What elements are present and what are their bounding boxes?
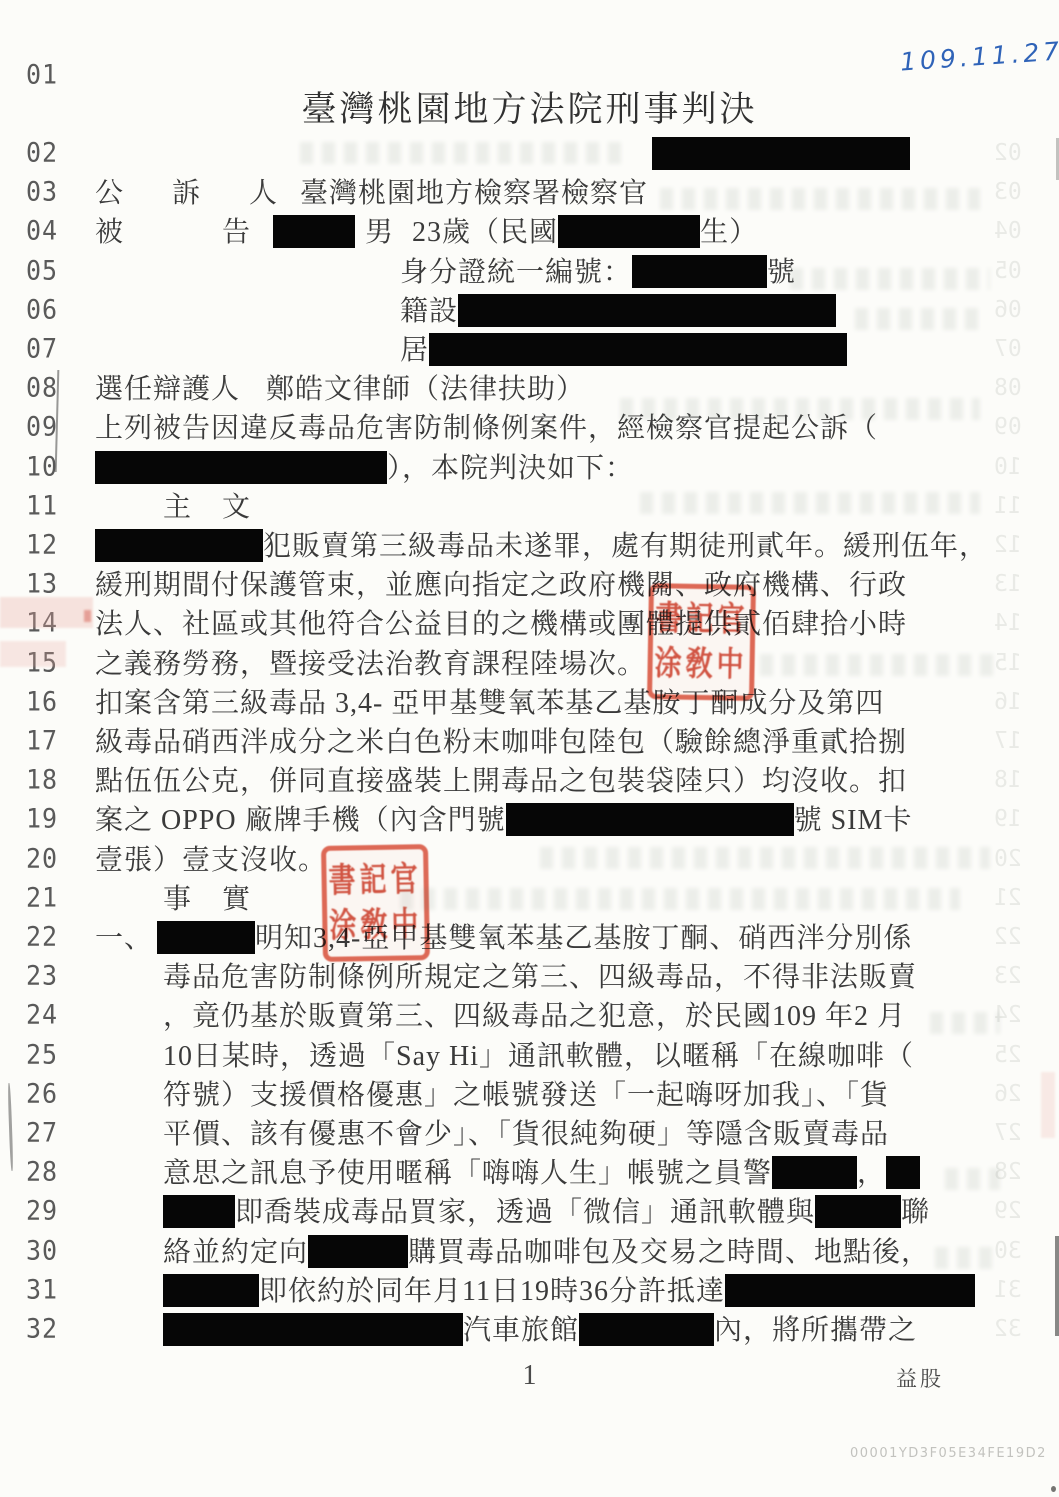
clerk-seal-text: 涂敎中 (654, 646, 748, 681)
bleedthrough-line-number: 05 (994, 258, 1022, 284)
clerk-seal-text: 涂敎中 (329, 907, 423, 942)
line-number: 03 (26, 176, 58, 206)
redaction-box (458, 294, 836, 327)
redaction-box (163, 1313, 463, 1346)
scanned-judgment-page: 109.11.27 臺灣桃園地方法院刑事判決 0102020303公訴人臺灣桃園… (0, 0, 1059, 1497)
body-text: 籍設 (400, 296, 458, 327)
bleedthrough-line-number: 14 (994, 610, 1022, 636)
line-content: 符號）支援價格優惠」之帳號發送「一起嗨呀加我」、「貨 (95, 1077, 889, 1115)
line-content: 主文 (95, 489, 251, 527)
line-number: 24 (26, 1000, 58, 1030)
redaction-box (815, 1195, 901, 1228)
line-number: 20 (26, 843, 58, 873)
line-content: 一、明知3,4-亞甲基雙氧苯基乙基胺丁酮、硝西泮分別係 (95, 920, 912, 958)
line-content: 犯販賣第三級毒品未遂罪，處有期徒刑貳年。緩刑伍年， (95, 528, 988, 566)
document-line: 1212犯販賣第三級毒品未遂罪，處有期徒刑貳年。緩刑伍年， (0, 528, 1059, 568)
line-number: 31 (26, 1274, 58, 1304)
body-text: 絡並約定向 (163, 1237, 308, 1268)
redaction-box (506, 803, 794, 836)
document-line: 01 (0, 58, 1059, 98)
redaction-box (725, 1274, 975, 1307)
body-text: 10日某時，透過「Say Hi」通訊軟體，以暱稱「在線咖啡（ (163, 1041, 914, 1072)
bleedthrough-line-number: 21 (994, 885, 1022, 911)
redaction-box (95, 529, 263, 562)
redaction-box (163, 1274, 259, 1307)
scan-edge-artifact (1055, 1236, 1059, 1336)
document-line: 2929即喬裝成毒品買家，透過「微信」通訊軟體與聯 (0, 1194, 1059, 1234)
line-content: 毒品危害防制條例所規定之第三、四級毒品，不得非法販賣 (95, 959, 917, 997)
bleedthrough-smudge (620, 398, 980, 420)
line-number: 06 (26, 294, 58, 324)
body-text: 居 (400, 335, 429, 366)
bleedthrough-smudge (945, 1168, 1000, 1190)
line-content: ），本院判決如下： (95, 450, 634, 488)
body-text: 文 (222, 492, 251, 523)
bleedthrough-smudge (935, 1247, 1000, 1269)
body-text: 符號）支援價格優惠」之帳號發送「一起嗨呀加我」、「貨 (163, 1080, 889, 1111)
body-text: 23歲（民國 (412, 217, 558, 248)
bleedthrough-smudge (660, 188, 980, 210)
line-number: 09 (26, 412, 58, 442)
document-line: 2626符號）支援價格優惠」之帳號發送「一起嗨呀加我」、「貨 (0, 1077, 1059, 1117)
bleedthrough-line-number: 17 (994, 728, 1022, 754)
line-content: 之義務勞務，暨接受法治教育課程陸場次。 (95, 646, 646, 684)
line-content: 平價、該有優惠不會少」、「貨很純夠硬」等隱含販賣毒品 (95, 1116, 889, 1154)
line-number: 21 (26, 882, 58, 912)
line-content: 即喬裝成毒品買家，透過「微信」通訊軟體與聯 (95, 1194, 930, 1232)
line-number: 02 (26, 137, 58, 167)
body-text: 號 SIM卡 (794, 805, 913, 836)
document-line: 3131即依約於同年月11日19時36分許抵達 (0, 1273, 1059, 1313)
line-content: 身分證統一編號：號 (95, 254, 796, 292)
bleedthrough-line-number: 04 (994, 218, 1022, 244)
body-text: 男 (365, 217, 394, 248)
line-content: 扣案含第三級毒品 3,4- 亞甲基雙氧苯基乙基胺丁酮成分及第四 (95, 685, 884, 723)
bleedthrough-smudge (400, 888, 960, 910)
redaction-box (95, 451, 387, 484)
body-text: 緩刑期間付保護管束，並應向指定之政府機關、政府機構、行政 (95, 570, 907, 601)
bleedthrough-line-number: 09 (994, 414, 1022, 440)
body-text: 主 (163, 492, 192, 523)
line-number: 01 (26, 59, 58, 89)
clerk-seal-text: 書記官 (655, 602, 749, 637)
document-line: 2727平價、該有優惠不會少」、「貨很純夠硬」等隱含販賣毒品 (0, 1116, 1059, 1156)
bleedthrough-line-number: 07 (994, 336, 1022, 362)
redaction-box (558, 215, 700, 248)
bleedthrough-line-number: 18 (994, 767, 1022, 793)
bleedthrough-line-number: 16 (994, 689, 1022, 715)
bleedthrough-line-number: 13 (994, 571, 1022, 597)
body-text: 汽車旅館 (463, 1315, 579, 1346)
body-text: 意思之訊息予使用暱稱「嗨嗨人生」帳號之員警 (163, 1158, 772, 1189)
body-text: 級毒品硝西泮成分之米白色粉末咖啡包陸包（驗餘總淨重貳拾捌 (95, 727, 907, 758)
line-number: 13 (26, 568, 58, 598)
redaction-box (772, 1156, 857, 1189)
document-line: 252510日某時，透過「Say Hi」通訊軟體，以暱稱「在線咖啡（ (0, 1038, 1059, 1078)
bleedthrough-line-number: 12 (994, 532, 1022, 558)
body-text: 選任辯護人 (95, 374, 240, 405)
line-number: 04 (26, 216, 58, 246)
line-number: 23 (26, 960, 58, 990)
line-number: 16 (26, 686, 58, 716)
line-content: 事實 (95, 881, 251, 919)
line-number: 30 (26, 1235, 58, 1265)
line-content: 絡並約定向購買毒品咖啡包及交易之時間、地點後， (95, 1234, 930, 1272)
body-text: ），本院判決如下： (387, 453, 634, 484)
body-text: 實 (222, 884, 251, 915)
body-text: 扣案含第三級毒品 3,4- 亞甲基雙氧苯基乙基胺丁酮成分及第四 (95, 688, 884, 719)
document-line: 1717級毒品硝西泮成分之米白色粉末咖啡包陸包（驗餘總淨重貳拾捌 (0, 724, 1059, 764)
line-content: 級毒品硝西泮成分之米白色粉末咖啡包陸包（驗餘總淨重貳拾捌 (95, 724, 907, 762)
body-text: 公 (95, 178, 124, 209)
seal-bleedthrough-mark (1041, 1072, 1055, 1138)
line-number: 07 (26, 333, 58, 363)
body-text: 壹張）壹支沒收。 (95, 845, 327, 876)
line-content: 點伍伍公克，併同直接盛裝上開毒品之包裝袋陸只）均沒收。扣 (95, 763, 907, 801)
line-content: 壹張）壹支沒收。 (95, 842, 327, 880)
body-text: 告 (222, 217, 251, 248)
body-text: 購買毒品咖啡包及交易之時間、地點後， (408, 1237, 930, 1268)
document-line: 0707居 (0, 332, 1059, 372)
body-text: 事 (163, 884, 192, 915)
document-line: 1313緩刑期間付保護管束，並應向指定之政府機關、政府機構、行政 (0, 567, 1059, 607)
scan-edge-artifact (1051, 1486, 1056, 1492)
redaction-box (308, 1235, 408, 1268)
document-line: 1919案之 OPPO 廠牌手機（內含門號號 SIM卡 (0, 802, 1059, 842)
line-content: 汽車旅館內，將所攜帶之 (95, 1312, 917, 1350)
bleedthrough-line-number: 23 (994, 963, 1022, 989)
bleedthrough-smudge (300, 142, 630, 164)
body-text: 鄭皓文律師（法律扶助） (266, 374, 585, 405)
body-text: 訴 (172, 178, 201, 209)
redaction-box (157, 921, 255, 954)
line-content: 法人、社區或其他符合公益目的之機構或團體提供貳佰肆拾小時 (95, 606, 907, 644)
seal-bleedthrough-mark (0, 641, 66, 667)
bleedthrough-line-number: 19 (994, 806, 1022, 832)
line-number: 29 (26, 1196, 58, 1226)
body-text: 被 (95, 217, 124, 248)
line-content: 意思之訊息予使用暱稱「嗨嗨人生」帳號之員警， (95, 1155, 920, 1193)
bleedthrough-line-number: 08 (994, 375, 1022, 401)
bleedthrough-smudge (640, 492, 980, 514)
division-label: 益股 (896, 1363, 944, 1393)
bleedthrough-line-number: 31 (994, 1277, 1022, 1303)
line-content: 即依約於同年月11日19時36分許抵達 (95, 1273, 975, 1311)
line-content: 選任辯護人鄭皓文律師（法律扶助） (95, 371, 585, 409)
bleedthrough-smudge (930, 1012, 1000, 1034)
bleedthrough-line-number: 29 (994, 1198, 1022, 1224)
redaction-box (163, 1195, 235, 1228)
line-content: 緩刑期間付保護管束，並應向指定之政府機關、政府機構、行政 (95, 567, 907, 605)
redaction-box (632, 255, 767, 288)
line-number: 19 (26, 804, 58, 834)
body-text: ，竟仍基於販賣第三、四級毒品之犯意，於民國109 年2 月 (163, 1001, 906, 1032)
body-text: 聯 (901, 1197, 930, 1228)
body-text: 毒品危害防制條例所規定之第三、四級毒品，不得非法販賣 (163, 962, 917, 993)
bleedthrough-line-number: 27 (994, 1120, 1022, 1146)
body-text: 點伍伍公克，併同直接盛裝上開毒品之包裝袋陸只）均沒收。扣 (95, 766, 907, 797)
body-text: 人 (249, 178, 278, 209)
bleedthrough-line-number: 25 (994, 1042, 1022, 1068)
line-number: 11 (26, 490, 58, 520)
redaction-box (429, 333, 847, 366)
body-text: 一、 (95, 923, 153, 954)
bleedthrough-line-number: 20 (994, 846, 1022, 872)
bleedthrough-line-number: 06 (994, 297, 1022, 323)
line-number: 28 (26, 1156, 58, 1186)
body-text: 法人、社區或其他符合公益目的之機構或團體提供貳佰肆拾小時 (95, 609, 907, 640)
redaction-box (579, 1313, 714, 1346)
line-number: 10 (26, 451, 58, 481)
document-line: 1414法人、社區或其他符合公益目的之機構或團體提供貳佰肆拾小時 (0, 606, 1059, 646)
document-line: 2828意思之訊息予使用暱稱「嗨嗨人生」帳號之員警， (0, 1155, 1059, 1195)
body-text: 平價、該有優惠不會少」、「貨很純夠硬」等隱含販賣毒品 (163, 1119, 889, 1150)
line-content: 案之 OPPO 廠牌手機（內含門號號 SIM卡 (95, 802, 912, 840)
body-text: 之義務勞務，暨接受法治教育課程陸場次。 (95, 649, 646, 680)
watermark-id: 00001YD3F05E34FE19D2 (850, 1446, 1047, 1461)
document-line: 2222一、明知3,4-亞甲基雙氧苯基乙基胺丁酮、硝西泮分別係 (0, 920, 1059, 960)
bleedthrough-line-number: 03 (994, 179, 1022, 205)
bleedthrough-line-number: 11 (994, 493, 1022, 519)
bleedthrough-smudge (855, 308, 985, 330)
line-number: 05 (26, 255, 58, 285)
line-number: 26 (26, 1078, 58, 1108)
redaction-box (652, 137, 910, 170)
bleedthrough-line-number: 32 (994, 1316, 1022, 1342)
bleedthrough-line-number: 22 (994, 924, 1022, 950)
redaction-box (273, 215, 355, 248)
document-line: 1818點伍伍公克，併同直接盛裝上開毒品之包裝袋陸只）均沒收。扣 (0, 763, 1059, 803)
seal-bleedthrough-mark (84, 610, 91, 622)
line-number: 25 (26, 1039, 58, 1069)
line-number: 08 (26, 372, 58, 402)
body-text: 案之 OPPO 廠牌手機（內含門號 (95, 805, 506, 836)
line-content: 籍設 (95, 293, 836, 331)
line-number: 32 (26, 1313, 58, 1343)
redaction-box (886, 1156, 920, 1189)
line-content: 公訴人臺灣桃園地方檢察署檢察官 (95, 175, 648, 213)
bleedthrough-smudge (790, 268, 990, 290)
bleedthrough-line-number: 26 (994, 1081, 1022, 1107)
document-line: 0404被告男23歲（民國生） (0, 214, 1059, 254)
bleedthrough-line-number: 02 (994, 140, 1022, 166)
document-line: 3030絡並約定向購買毒品咖啡包及交易之時間、地點後， (0, 1234, 1059, 1274)
line-content: 10日某時，透過「Say Hi」通訊軟體，以暱稱「在線咖啡（ (95, 1038, 914, 1076)
body-text: ， (857, 1158, 886, 1189)
body-text: 犯販賣第三級毒品未遂罪，處有期徒刑貳年。緩刑伍年， (263, 531, 988, 562)
document-line: 2424，竟仍基於販賣第三、四級毒品之犯意，於民國109 年2 月 (0, 998, 1059, 1038)
bleedthrough-line-number: 10 (994, 454, 1022, 480)
line-content: 被告男23歲（民國生） (95, 214, 758, 252)
line-content: 居 (95, 332, 847, 370)
document-line: 1010），本院判決如下： (0, 450, 1059, 490)
body-text: 身分證統一編號： (400, 257, 632, 288)
body-text: 即依約於同年月11日19時36分許抵達 (259, 1276, 725, 1307)
body-text: 即喬裝成毒品買家，透過「微信」通訊軟體與 (235, 1197, 815, 1228)
line-number: 27 (26, 1117, 58, 1147)
body-text: 內，將所攜帶之 (714, 1315, 917, 1346)
clerk-seal-stamp: 書記官 涂敎中 (647, 583, 756, 701)
bleedthrough-smudge (540, 847, 990, 869)
bleedthrough-smudge (760, 654, 1000, 676)
document-line: 3232汽車旅館內，將所攜帶之 (0, 1312, 1059, 1352)
line-content: ，竟仍基於販賣第三、四級毒品之犯意，於民國109 年2 月 (95, 998, 906, 1036)
body-text: 生） (700, 217, 758, 248)
line-number: 18 (26, 764, 58, 794)
body-text: 臺灣桃園地方檢察署檢察官 (300, 178, 648, 209)
line-number: 12 (26, 529, 58, 559)
seal-bleedthrough-mark (0, 597, 93, 628)
document-line: 2323毒品危害防制條例所規定之第三、四級毒品，不得非法販賣 (0, 959, 1059, 999)
line-number: 22 (26, 921, 58, 951)
document-line: 1616扣案含第三級毒品 3,4- 亞甲基雙氧苯基乙基胺丁酮成分及第四 (0, 685, 1059, 725)
line-number: 17 (26, 725, 58, 755)
